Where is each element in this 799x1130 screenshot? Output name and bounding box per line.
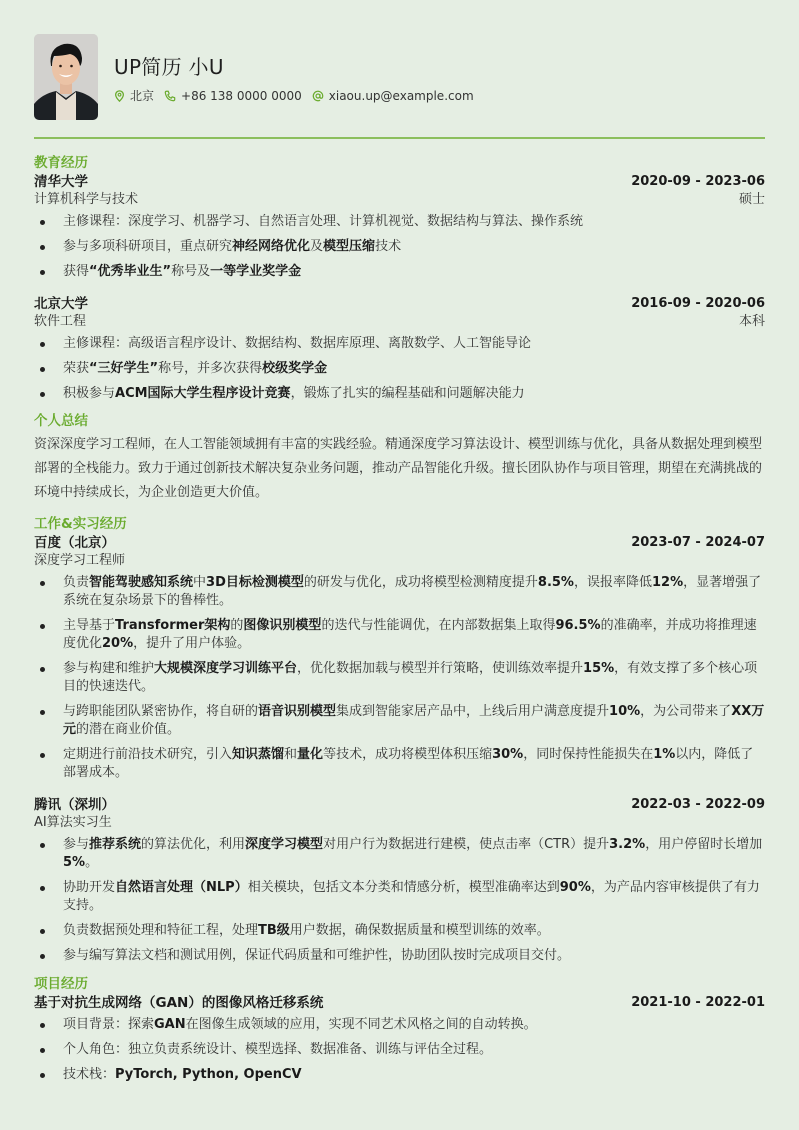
- work-section: 工作&实习经历 百度（北京） 2023-07 - 2024-07 深度学习工程师…: [34, 515, 765, 965]
- contact-location: 北京: [114, 87, 154, 104]
- entry-date: 2016-09 - 2020-06: [631, 295, 765, 313]
- list-item: 负责数据预处理和特征工程，处理TB级用户数据，确保数据质量和模型训练的效率。: [34, 922, 765, 940]
- entry-date: 2023-07 - 2024-07: [631, 534, 765, 552]
- bullet-list: 负责智能驾驶感知系统中3D目标检测模型的研发与优化，成功将模型检测精度提升8.5…: [34, 574, 765, 782]
- entry-title: 北京大学: [34, 295, 88, 313]
- education-entry: 北京大学 2016-09 - 2020-06 软件工程 本科 主修课程：高级语言…: [34, 295, 765, 403]
- entry-date: 2021-10 - 2022-01: [631, 994, 765, 1012]
- entry-degree: 硕士: [739, 191, 765, 209]
- entry-date: 2020-09 - 2023-06: [631, 173, 765, 191]
- list-item: 个人角色：独立负责系统设计、模型选择、数据准备、训练与评估全过程。: [34, 1041, 765, 1059]
- bullet-list: 参与推荐系统的算法优化，利用深度学习模型对用户行为数据进行建模，使点击率（CTR…: [34, 836, 765, 965]
- location-text: 北京: [130, 87, 154, 104]
- list-item: 技术栈：PyTorch, Python, OpenCV: [34, 1066, 765, 1084]
- section-title-projects: 项目经历: [34, 975, 765, 994]
- list-item: 参与推荐系统的算法优化，利用深度学习模型对用户行为数据进行建模，使点击率（CTR…: [34, 836, 765, 872]
- list-item: 获得“优秀毕业生”称号及一等学业奖学金: [34, 263, 765, 281]
- list-item: 主修课程：深度学习、机器学习、自然语言处理、计算机视觉、数据结构与算法、操作系统: [34, 213, 765, 231]
- avatar: [34, 34, 98, 120]
- entry-title: 清华大学: [34, 173, 88, 191]
- phone-icon: [164, 90, 176, 102]
- projects-section: 项目经历 基于对抗生成网络（GAN）的图像风格迁移系统 2021-10 - 20…: [34, 975, 765, 1084]
- bullet-list: 项目背景：探索GAN在图像生成领域的应用，实现不同艺术风格之间的自动转换。个人角…: [34, 1016, 765, 1084]
- phone-text: +86 138 0000 0000: [181, 89, 302, 103]
- resume-header: UP简历 小U 北京 +86 138 0000 0000: [34, 0, 765, 120]
- bullet-list: 主修课程：高级语言程序设计、数据结构、数据库原理、离散数学、人工智能导论荣获“三…: [34, 335, 765, 403]
- work-entry: 腾讯（深圳） 2022-03 - 2022-09 AI算法实习生 参与推荐系统的…: [34, 796, 765, 965]
- summary-text: 资深深度学习工程师，在人工智能领域拥有丰富的实践经验。精通深度学习算法设计、模型…: [34, 433, 765, 505]
- list-item: 参与多项科研项目，重点研究神经网络优化及模型压缩技术: [34, 238, 765, 256]
- entry-title: 基于对抗生成网络（GAN）的图像风格迁移系统: [34, 994, 323, 1012]
- entry-subtitle: 深度学习工程师: [34, 552, 125, 570]
- section-title-education: 教育经历: [34, 154, 765, 173]
- location-pin-icon: [114, 90, 125, 102]
- list-item: 参与构建和维护大规模深度学习训练平台，优化数据加载与模型并行策略，使训练效率提升…: [34, 660, 765, 696]
- entry-subtitle: AI算法实习生: [34, 814, 112, 832]
- entry-degree: 本科: [739, 313, 765, 331]
- list-item: 负责智能驾驶感知系统中3D目标检测模型的研发与优化，成功将模型检测精度提升8.5…: [34, 574, 765, 610]
- list-item: 主修课程：高级语言程序设计、数据结构、数据库原理、离散数学、人工智能导论: [34, 335, 765, 353]
- entry-subtitle: 软件工程: [34, 313, 86, 331]
- profile-photo-icon: [34, 34, 98, 120]
- list-item: 定期进行前沿技术研究，引入知识蒸馏和量化等技术，成功将模型体积压缩30%，同时保…: [34, 746, 765, 782]
- contact-row: 北京 +86 138 0000 0000 xiaou.up@example.co…: [114, 87, 484, 104]
- list-item: 主导基于Transformer架构的图像识别模型的迭代与性能调优，在内部数据集上…: [34, 617, 765, 653]
- work-entry: 百度（北京） 2023-07 - 2024-07 深度学习工程师 负责智能驾驶感…: [34, 534, 765, 782]
- summary-section: 个人总结 资深深度学习工程师，在人工智能领域拥有丰富的实践经验。精通深度学习算法…: [34, 412, 765, 505]
- list-item: 与跨职能团队紧密协作，将自研的语音识别模型集成到智能家居产品中，上线后用户满意度…: [34, 703, 765, 739]
- list-item: 项目背景：探索GAN在图像生成领域的应用，实现不同艺术风格之间的自动转换。: [34, 1016, 765, 1034]
- project-entry: 基于对抗生成网络（GAN）的图像风格迁移系统 2021-10 - 2022-01…: [34, 994, 765, 1084]
- at-sign-icon: [312, 90, 324, 102]
- list-item: 荣获“三好学生”称号，并多次获得校级奖学金: [34, 360, 765, 378]
- entry-subtitle: 计算机科学与技术: [34, 191, 138, 209]
- entry-date: 2022-03 - 2022-09: [631, 796, 765, 814]
- section-title-work: 工作&实习经历: [34, 515, 765, 534]
- education-entry: 清华大学 2020-09 - 2023-06 计算机科学与技术 硕士 主修课程：…: [34, 173, 765, 281]
- entry-title: 腾讯（深圳）: [34, 796, 115, 814]
- contact-phone[interactable]: +86 138 0000 0000: [164, 89, 302, 103]
- email-text: xiaou.up@example.com: [329, 89, 474, 103]
- bullet-list: 主修课程：深度学习、机器学习、自然语言处理、计算机视觉、数据结构与算法、操作系统…: [34, 213, 765, 281]
- resume-page: UP简历 小U 北京 +86 138 0000 0000: [0, 0, 799, 1084]
- education-section: 教育经历 清华大学 2020-09 - 2023-06 计算机科学与技术 硕士 …: [34, 154, 765, 403]
- contact-email[interactable]: xiaou.up@example.com: [312, 89, 474, 103]
- candidate-name: UP简历 小U: [114, 54, 484, 80]
- list-item: 积极参与ACM国际大学生程序设计竞赛，锻炼了扎实的编程基础和问题解决能力: [34, 385, 765, 403]
- list-item: 参与编写算法文档和测试用例，保证代码质量和可维护性，协助团队按时完成项目交付。: [34, 947, 765, 965]
- header-divider: [34, 137, 765, 139]
- entry-title: 百度（北京）: [34, 534, 115, 552]
- list-item: 协助开发自然语言处理（NLP）相关模块，包括文本分类和情感分析，模型准确率达到9…: [34, 879, 765, 915]
- section-title-summary: 个人总结: [34, 412, 765, 431]
